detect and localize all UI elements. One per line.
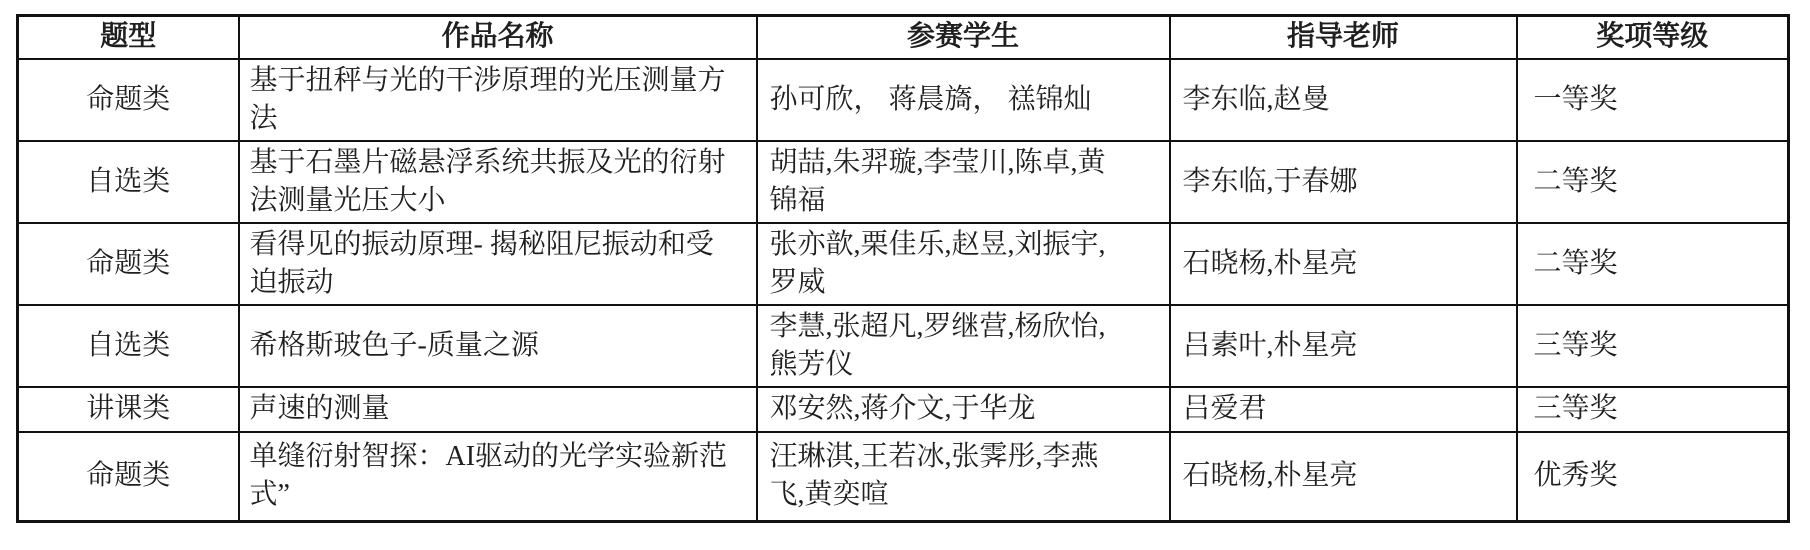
cell-students: 胡喆,朱羿璇,李莹川,陈卓,黄 锦福 [757, 141, 1170, 223]
cell-work-name: 基于扭秤与光的干涉原理的光压测量方 法 [239, 59, 757, 141]
awards-table: 题型 作品名称 参赛学生 指导老师 奖项等级 命题类 基于扭秤与光的干涉原理的光… [16, 14, 1790, 523]
cell-students: 张亦歆,栗佳乐,赵昱,刘振宇, 罗威 [757, 223, 1170, 305]
cell-students: 孙可欣， 蒋晨旖， 禚锦灿 [757, 59, 1170, 141]
table-row: 自选类 希格斯玻色子-质量之源 李慧,张超凡,罗继营,杨欣怡, 熊芳仪 吕素叶,… [18, 305, 1789, 387]
table-row: 命题类 单缝衍射智探：AI驱动的光学实验新范 式” 汪琳淇,王若冰,张霁彤,李燕… [18, 432, 1789, 522]
cell-students: 汪琳淇,王若冰,张霁彤,李燕 飞,黄奕喧 [757, 432, 1170, 522]
table-row: 自选类 基于石墨片磁悬浮系统共振及光的衍射 法测量光压大小 胡喆,朱羿璇,李莹川… [18, 141, 1789, 223]
cell-award: 一等奖 [1517, 59, 1789, 141]
cell-award: 二等奖 [1517, 141, 1789, 223]
table-row: 讲课类 声速的测量 邓安然,蒋介文,于华龙 吕爱君 三等奖 [18, 387, 1789, 432]
col-header-award-level: 奖项等级 [1517, 16, 1789, 59]
col-header-type: 题型 [18, 16, 239, 59]
cell-work-name: 希格斯玻色子-质量之源 [239, 305, 757, 387]
cell-work-name: 单缝衍射智探：AI驱动的光学实验新范 式” [239, 432, 757, 522]
cell-award: 二等奖 [1517, 223, 1789, 305]
table-row: 命题类 看得见的振动原理- 揭秘阻尼振动和受 迫振动 张亦歆,栗佳乐,赵昱,刘振… [18, 223, 1789, 305]
cell-students: 邓安然,蒋介文,于华龙 [757, 387, 1170, 432]
cell-teachers: 吕素叶,朴星亮 [1170, 305, 1517, 387]
cell-award: 优秀奖 [1517, 432, 1789, 522]
cell-teachers: 石晓杨,朴星亮 [1170, 432, 1517, 522]
cell-type: 命题类 [18, 432, 239, 522]
cell-work-name: 基于石墨片磁悬浮系统共振及光的衍射 法测量光压大小 [239, 141, 757, 223]
col-header-teachers: 指导老师 [1170, 16, 1517, 59]
header-row: 题型 作品名称 参赛学生 指导老师 奖项等级 [18, 16, 1789, 59]
col-header-students: 参赛学生 [757, 16, 1170, 59]
cell-type: 讲课类 [18, 387, 239, 432]
cell-teachers: 石晓杨,朴星亮 [1170, 223, 1517, 305]
table-row: 命题类 基于扭秤与光的干涉原理的光压测量方 法 孙可欣， 蒋晨旖， 禚锦灿 李东… [18, 59, 1789, 141]
cell-work-name: 看得见的振动原理- 揭秘阻尼振动和受 迫振动 [239, 223, 757, 305]
col-header-work-name: 作品名称 [239, 16, 757, 59]
cell-teachers: 吕爱君 [1170, 387, 1517, 432]
cell-students: 李慧,张超凡,罗继营,杨欣怡, 熊芳仪 [757, 305, 1170, 387]
cell-teachers: 李东临,赵曼 [1170, 59, 1517, 141]
cell-award: 三等奖 [1517, 305, 1789, 387]
cell-award: 三等奖 [1517, 387, 1789, 432]
cell-teachers: 李东临,于春娜 [1170, 141, 1517, 223]
cell-type: 命题类 [18, 223, 239, 305]
cell-type: 自选类 [18, 305, 239, 387]
cell-work-name: 声速的测量 [239, 387, 757, 432]
cell-type: 命题类 [18, 59, 239, 141]
cell-type: 自选类 [18, 141, 239, 223]
